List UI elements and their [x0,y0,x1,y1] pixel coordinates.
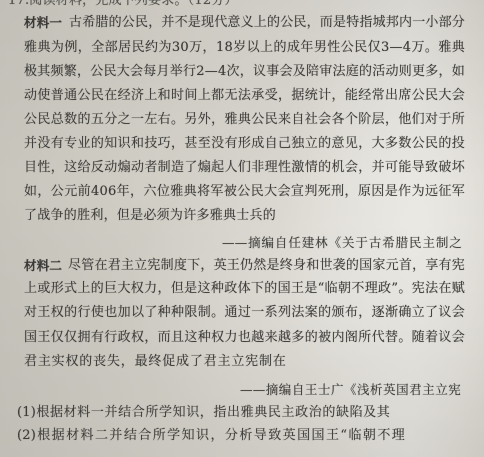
material-1-line: 雅典为例，全部居民约为30万，18岁以上的成年男性公民仅3—4万。雅典城邦政治活… [24,38,465,58]
material-2-line: 尽管在君主立宪制度下，英王仍然是终身和世袭的国家元首，享有宪法赋予的法律 [68,256,465,276]
material-2-line: 国王仅仅拥有行政权，而且这种权力也越来越多的被内阁所代替。随着议会主权的确立和 [24,328,465,348]
material-1-line: 并没有专业的知识和技巧，甚至没有形成自己独立的意见，大多数公民的投票具有一定的盲 [24,134,465,154]
material-2-label: 材料二 [24,256,62,276]
material-2-line: 对王权的行使也加以了种种限制。通过一系列法案的颁布，逐渐确立了议会至上的原则。 [24,303,465,323]
material-1-line: 了战争的胜利，但是必须为许多雅典士兵的伤亡负责。 [24,206,276,226]
material-1-line: 目性，这给反动煽动者制造了煽起人们非理性激情的机会，并可能导致破坏性的后果。例 [24,158,465,178]
material-1-label: 材料一 [24,13,62,33]
material-1-line: 古希腊的公民，并不是现代意义上的公民，而是特指城邦内一小部分成年男性。以 [69,13,465,33]
material-1-line: 动使普通公民在经济上和时间上都无法承受，据统计，能经常出席公民大会的人数只占雅典 [24,86,465,106]
material-2-source: ——摘编自王士广《浅析英国君主立宪制的确立》 [240,380,461,400]
question-header: 17.阅读材料，完成下列要求。（12分） [8,0,238,11]
material-1-source: ——摘编自任建林《关于古希腊民主制之局限研究》 [222,233,462,253]
material-1-line: 如，公元前406年，六位雅典将军被公民大会宣判死刑，原因是作为远征军的统帅，虽然… [24,182,465,202]
material-1-line: 极其频繁，公民大会每月举行2—4次，议事会及陪审法庭的活动则更多，如此频繁的政治… [24,62,465,82]
question-item: (2)根据材料二并结合所学知识，分析导致英国国王“临朝不理政”的原因。(6分) [17,426,405,446]
material-1-line: 公民总数的五分之一左右。另外，雅典公民来自社会各个阶层，他们对于所需要决断的问题 [24,110,465,130]
question-item: (1)根据材料一并结合所学知识，指出雅典民主政治的缺陷及其实质。(6分) [17,403,390,423]
material-2-line: 君主实权的丧失，最终促成了君主立宪制在英国的确立。 [24,352,286,372]
material-2-line: 上或形式上的巨大权力，但是这种政体下的国王是“临朝不理政”。宪法在赋予权力的同时… [24,279,465,299]
